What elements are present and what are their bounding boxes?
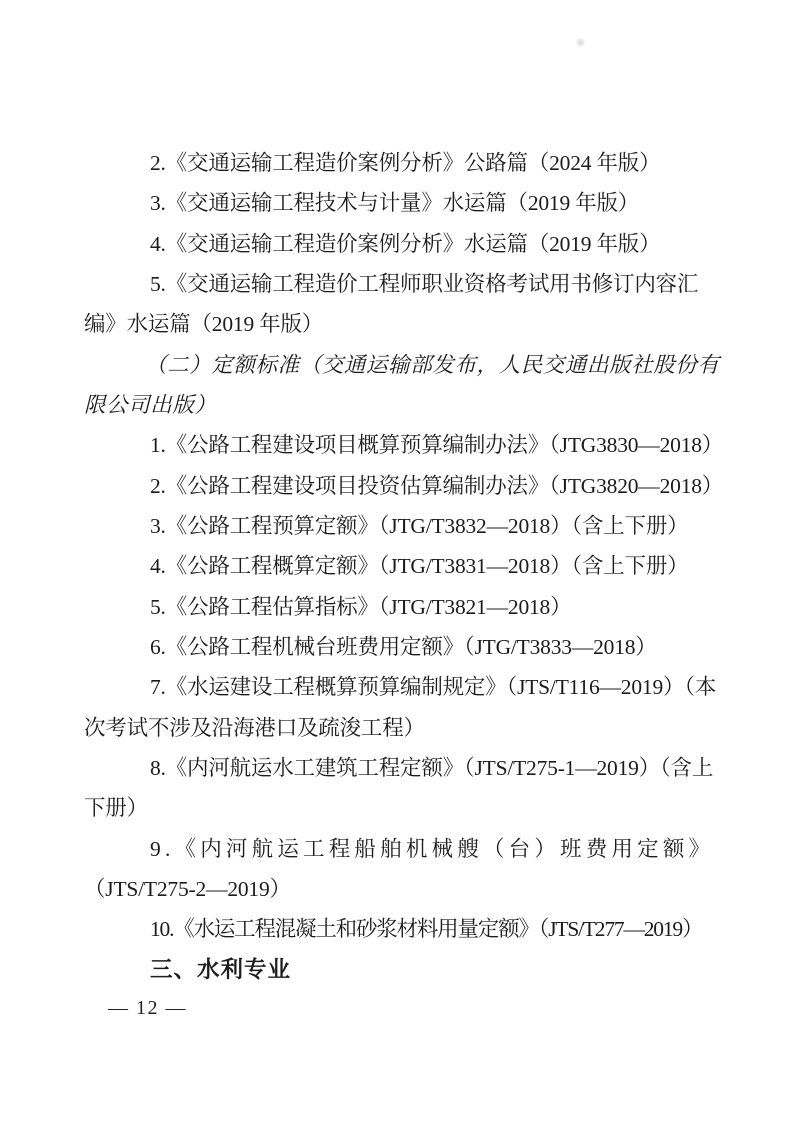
text-line: 5.《公路工程估算指标》（JTG/T3821—2018）: [84, 587, 744, 627]
text-line: 4.《交通运输工程造价案例分析》水运篇（2019 年版）: [84, 224, 744, 264]
document-lines: 2.《交通运输工程造价案例分析》公路篇（2024 年版）3.《交通运输工程技术与…: [84, 143, 744, 990]
text-line: 2.《交通运输工程造价案例分析》公路篇（2024 年版）: [84, 143, 744, 183]
text-line: 5.《交通运输工程造价工程师职业资格考试用书修订内容汇: [84, 264, 744, 304]
text-line: 3.《交通运输工程技术与计量》水运篇（2019 年版）: [84, 183, 744, 223]
text-line: 编》水运篇（2019 年版）: [84, 304, 744, 344]
scan-artifact: [576, 38, 585, 47]
text-line: 6.《公路工程机械台班费用定额》（JTG/T3833—2018）: [84, 627, 744, 667]
text-line: （JTS/T275-2—2019）: [84, 869, 744, 909]
text-line: 9.《内河航运工程船舶机械艘（台）班费用定额》: [84, 829, 744, 869]
text-line: 4.《公路工程概算定额》（JTG/T3831—2018）（含上下册）: [84, 546, 744, 586]
text-line: 2.《公路工程建设项目投资估算编制办法》（JTG3820—2018）: [84, 466, 744, 506]
text-line: 下册）: [84, 788, 744, 828]
text-line: 1.《公路工程建设项目概算预算编制办法》（JTG3830—2018）: [84, 425, 744, 465]
text-line: 8.《内河航运水工建筑工程定额》（JTS/T275-1—2019）（含上: [84, 748, 744, 788]
text-line: （二）定额标准（交通运输部发布，人民交通出版社股份有: [84, 345, 744, 385]
text-line: 3.《公路工程预算定额》（JTG/T3832—2018）（含上下册）: [84, 506, 744, 546]
text-line: 7.《水运建设工程概算预算编制规定》（JTS/T116—2019）（本: [84, 667, 744, 707]
page-number: — 12 —: [108, 997, 187, 1020]
document-page: 2.《交通运输工程造价案例分析》公路篇（2024 年版）3.《交通运输工程技术与…: [0, 0, 800, 1131]
text-line: 限公司出版）: [84, 385, 744, 425]
text-line: 三、水利专业: [84, 950, 744, 990]
text-line: 10.《水运工程混凝土和砂浆材料用量定额》（JTS/T277—2019）: [84, 909, 744, 949]
text-line: 次考试不涉及沿海港口及疏浚工程）: [84, 708, 744, 748]
